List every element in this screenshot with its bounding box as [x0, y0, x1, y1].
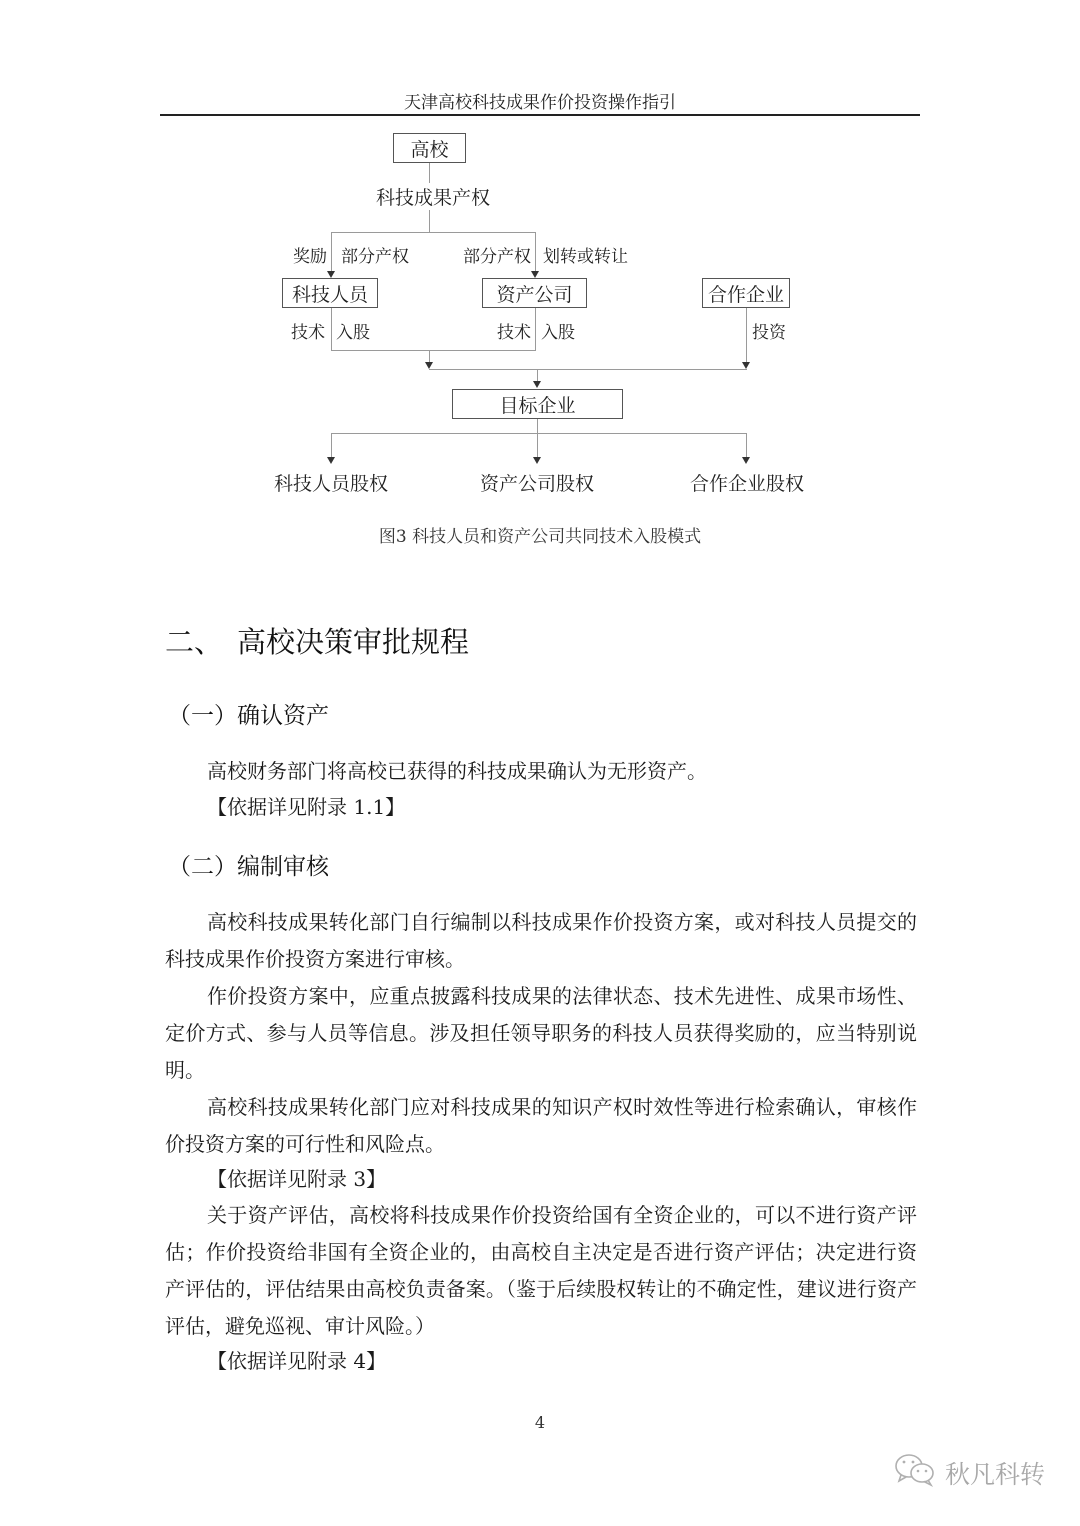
- label-reward: 奖励: [293, 242, 327, 267]
- label-partial-rights: 部分产权: [463, 242, 531, 267]
- paragraph: 高校科技成果转化部门应对科技成果的知识产权时效性等进行检索确认，审核作价投资方案…: [165, 1089, 917, 1163]
- paragraph: 高校财务部门将高校已获得的科技成果确认为无形资产。: [165, 753, 917, 790]
- watermark-text: 秋凡科转: [945, 1455, 1045, 1491]
- connector: [537, 419, 538, 459]
- section-heading: 二、高校决策审批规程: [165, 620, 469, 661]
- label-tech: 技术: [497, 318, 531, 343]
- wechat-icon: [893, 1452, 937, 1494]
- output-partner-equity: 合作企业股权: [690, 469, 804, 496]
- connector: [331, 308, 332, 350]
- output-asset-company-equity: 资产公司股权: [480, 469, 594, 496]
- connector: [429, 369, 747, 370]
- arrow-down-icon: [742, 362, 750, 369]
- label-ip-rights: 科技成果产权: [376, 183, 490, 210]
- connector: [331, 232, 332, 272]
- node-tech-staff: 科技人员: [282, 278, 378, 308]
- paragraph: 高校科技成果转化部门自行编制以科技成果作价投资方案，或对科技人员提交的科技成果作…: [165, 904, 917, 978]
- appendix-reference: 【依据详见附录 4】: [207, 1345, 386, 1374]
- node-target-enterprise: 目标企业: [452, 389, 623, 419]
- paragraph: 作价投资方案中，应重点披露科技成果的法律状态、技术先进性、成果市场性、定价方式、…: [165, 978, 917, 1089]
- node-partner-enterprise: 合作企业: [702, 278, 790, 308]
- output-tech-staff-equity: 科技人员股权: [274, 469, 388, 496]
- label-equity: 入股: [336, 318, 370, 343]
- appendix-reference: 【依据详见附录 3】: [207, 1163, 386, 1192]
- label-invest: 投资: [752, 318, 786, 343]
- connector: [535, 232, 536, 272]
- paragraph: 关于资产评估，高校将科技成果作价投资给国有全资企业的，可以不进行资产评估；作价投…: [165, 1197, 917, 1345]
- running-header: 天津高校科技成果作价投资操作指引: [0, 88, 1080, 113]
- subsection-heading-confirm-assets: （一）确认资产: [168, 697, 329, 730]
- arrow-down-icon: [533, 381, 541, 388]
- watermark: 秋凡科转: [893, 1452, 1045, 1494]
- connector: [429, 210, 430, 232]
- figure-caption: 图3 科技人员和资产公司共同技术入股模式: [0, 522, 1080, 547]
- node-asset-company: 资产公司: [482, 278, 587, 308]
- connector: [331, 232, 536, 233]
- label-tech: 技术: [291, 318, 325, 343]
- connector: [746, 308, 747, 364]
- appendix-reference: 【依据详见附录 1.1】: [207, 791, 405, 820]
- subsection-heading-compile-review: （二）编制审核: [168, 848, 329, 881]
- section-title: 高校决策审批规程: [237, 625, 469, 659]
- connector: [429, 163, 430, 183]
- connector: [331, 433, 332, 459]
- section-number: 二、: [165, 620, 237, 661]
- page-number: 4: [0, 1413, 1080, 1432]
- arrow-down-icon: [327, 271, 335, 278]
- node-university: 高校: [393, 133, 466, 163]
- connector: [331, 433, 747, 434]
- label-equity: 入股: [541, 318, 575, 343]
- arrow-down-icon: [425, 362, 433, 369]
- connector: [331, 350, 536, 351]
- header-rule: [160, 114, 920, 116]
- arrow-down-icon: [531, 271, 539, 278]
- connector: [746, 433, 747, 459]
- connector: [535, 308, 536, 350]
- arrow-down-icon: [533, 457, 541, 464]
- arrow-down-icon: [742, 457, 750, 464]
- label-transfer: 划转或转让: [543, 242, 628, 267]
- arrow-down-icon: [327, 457, 335, 464]
- label-partial-rights: 部分产权: [341, 242, 409, 267]
